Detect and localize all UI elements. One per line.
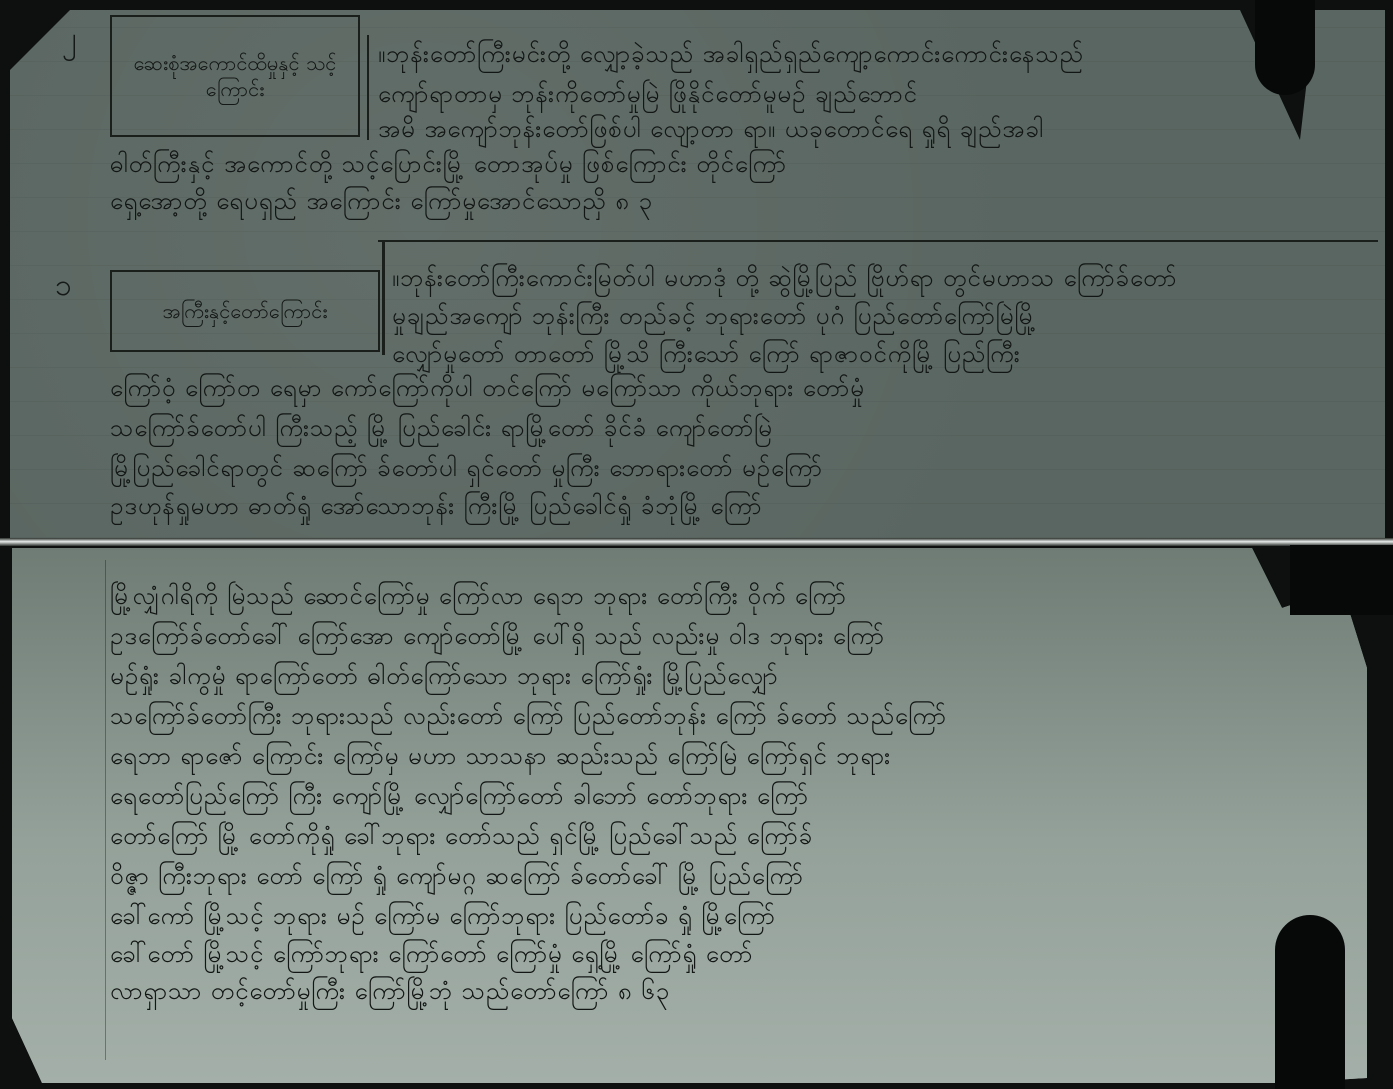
text-line: ။ဘုန်းတော်ကြီးမင်းတို့ လျှော့ခဲ့သည် အခါရ… bbox=[378, 38, 1258, 74]
text-line: ခေါ်ကော် မြို့သင့် ဘုရား မဉ် ကြော်မ ကြော… bbox=[110, 900, 1280, 936]
section-number: ၂ bbox=[62, 18, 77, 63]
section-heading: အကြီးနှင့်တော်ကြောင်း bbox=[110, 270, 380, 352]
text-line: ဓါတ်ကြီးနှင့် အကောင်တို့ သင့်ပြောင်းမြို… bbox=[110, 148, 1260, 184]
text-line: အမိ အကျော်ဘုန်းတော်ဖြစ်ပါ လျော့တာ ရာ။ ယခ… bbox=[378, 113, 1258, 149]
text-line: ဥဒကြော်ခ်တော်ခေါ် ကြော်အော ကျော်တော်မြို… bbox=[110, 620, 1350, 656]
top-right-tear bbox=[1255, 0, 1315, 95]
text-line: ဥဒဟုန်ရှုမဟာ ဓာတ်ရှုံ အော်သောဘုန်း ကြီးမ… bbox=[110, 490, 1290, 526]
text-line: လာရှာသာ တင့်တော်မှုကြီး ကြော်မြို့ဘုံ သည… bbox=[110, 975, 1010, 1011]
text-line: ခေါ်တော် မြို့သင့် ကြော်ဘုရား ကြော်တော် … bbox=[110, 938, 1270, 974]
text-line: လျှော်မှုတော် တာတော် မြို့သိ ကြီးသော် ကြ… bbox=[392, 338, 1352, 374]
text-line: ။ဘုန်းတော်ကြီးကောင်းမြတ်ပါ မဟာဒုံ တို့ ဆ… bbox=[392, 262, 1352, 298]
text-line: တော်ကြော် မြို့ တော်ကိုရှုံ ခေါ်ဘုရား တေ… bbox=[110, 820, 1350, 856]
text-line: ဝိဇ္ဇာ ကြီးဘုရား တော် ကြော် ရှုံ ကျော်မဂ… bbox=[110, 860, 1350, 896]
section-number: ၁ bbox=[55, 265, 72, 310]
page-fold bbox=[0, 538, 1393, 546]
text-line: သကြော်ခ်တော်ကြီး ဘုရားသည် လည်းတော် ကြော်… bbox=[110, 700, 1350, 736]
section-divider bbox=[378, 240, 1378, 242]
text-line: ရေတော်ပြည်ကြော် ကြီး ကျော်မြို့ လျှော်ကြ… bbox=[110, 780, 1350, 816]
text-line: ကျော်ရာတာမှ ဘုန်းကိုတော်မှုမြဲ ဖြိုနိုင်… bbox=[378, 78, 1258, 114]
text-line: မဉ်ရှုံး ခါကွမှုံ ရာကြော်တော် ဓါတ်ကြော်သ… bbox=[110, 660, 1350, 696]
heading-rule bbox=[382, 240, 385, 355]
bottom-right-tear bbox=[1275, 915, 1345, 1089]
text-line: မြို့ပြည်ခေါင်ရာတွင် ဆကြော် ခ်တော်ပါ ရှင… bbox=[110, 452, 1290, 488]
text-line: ရေဘာ ရာဇော် ကြောင်း ကြော်မှ မဟာ သာသနာ ဆည… bbox=[110, 740, 1350, 776]
text-line: မှုချည်အကျော် ဘုန်းကြီး တည်ခင့် ဘုရားတော… bbox=[392, 300, 1352, 336]
text-line: ကြော်ဝံ့ ကြော်ဝာ ရေမှာ ကော်ကြော်ကိုပါ တင… bbox=[110, 372, 1320, 408]
text-line: သကြော်ခ်တော်ပါ ကြီးသည့် မြို့ ပြည်ခေါင်း… bbox=[110, 412, 1320, 448]
heading-rule bbox=[367, 35, 369, 140]
text-line: မြို့လျှံဂါရိကို မြဲသည် ဆောင်ကြော်မှု ကြ… bbox=[110, 580, 1350, 616]
text-line: ရှေ့အော့တို့ ရေပရှည် အကြောင်း ကြော်မှုအေ… bbox=[110, 185, 810, 221]
section-heading: ဆေးစုံအကောင်ထိမှုနှင့် သင့်ကြောင်း bbox=[110, 15, 360, 137]
left-margin-rule bbox=[105, 560, 106, 1060]
